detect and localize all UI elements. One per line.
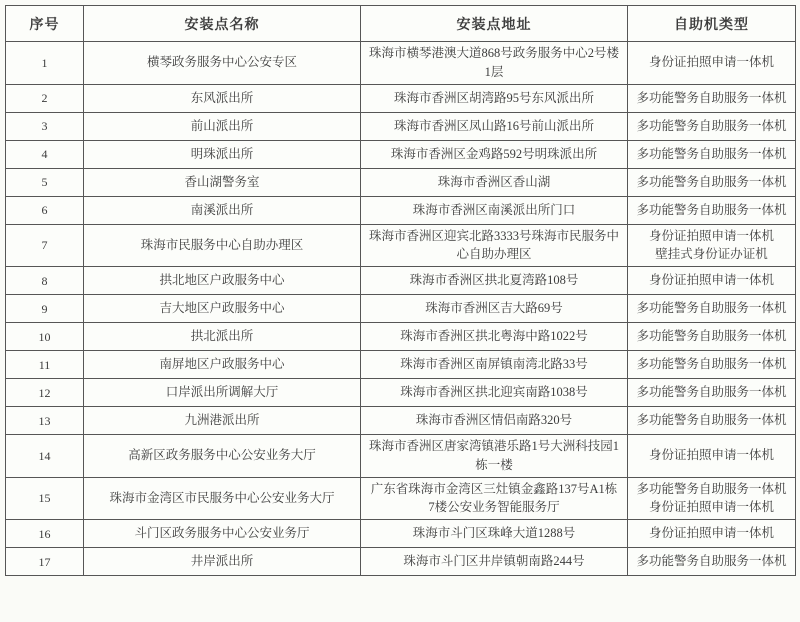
- table-row: 14高新区政务服务中心公安业务大厅珠海市香洲区唐家湾镇港乐路1号大洲科技园1栋一…: [6, 435, 796, 478]
- table-row: 3前山派出所珠海市香洲区凤山路16号前山派出所多功能警务自助服务一体机: [6, 112, 796, 140]
- site-address-cell: 珠海市香洲区情侣南路320号: [361, 407, 628, 435]
- table-row: 1横琴政务服务中心公安专区珠海市横琴港澳大道868号政务服务中心2号楼1层身份证…: [6, 42, 796, 85]
- machine-type-cell: 身份证拍照申请一体机: [628, 42, 796, 85]
- site-address-cell: 珠海市香洲区香山湖: [361, 168, 628, 196]
- row-number-cell: 17: [6, 548, 84, 576]
- machine-type-cell: 多功能警务自助服务一体机: [628, 295, 796, 323]
- table-row: 10拱北派出所珠海市香洲区拱北粤海中路1022号多功能警务自助服务一体机: [6, 323, 796, 351]
- row-number-cell: 5: [6, 168, 84, 196]
- machine-type-cell: 多功能警务自助服务一体机: [628, 548, 796, 576]
- site-address-cell: 珠海市香洲区唐家湾镇港乐路1号大洲科技园1栋一楼: [361, 435, 628, 478]
- machine-type-cell: 多功能警务自助服务一体机 身份证拍照申请一体机: [628, 477, 796, 520]
- machine-type-cell: 多功能警务自助服务一体机: [628, 407, 796, 435]
- table-row: 5香山湖警务室珠海市香洲区香山湖多功能警务自助服务一体机: [6, 168, 796, 196]
- table-row: 11南屏地区户政服务中心珠海市香洲区南屏镇南湾北路33号多功能警务自助服务一体机: [6, 351, 796, 379]
- machine-type-cell: 多功能警务自助服务一体机: [628, 196, 796, 224]
- row-number-cell: 16: [6, 520, 84, 548]
- site-name-cell: 前山派出所: [84, 112, 361, 140]
- site-name-cell: 拱北地区户政服务中心: [84, 267, 361, 295]
- row-number-cell: 1: [6, 42, 84, 85]
- site-name-cell: 吉大地区户政服务中心: [84, 295, 361, 323]
- row-number-cell: 10: [6, 323, 84, 351]
- site-name-cell: 南溪派出所: [84, 196, 361, 224]
- table-row: 12口岸派出所调解大厅珠海市香洲区拱北迎宾南路1038号多功能警务自助服务一体机: [6, 379, 796, 407]
- row-number-cell: 2: [6, 84, 84, 112]
- machine-type-cell: 身份证拍照申请一体机: [628, 435, 796, 478]
- site-name-cell: 香山湖警务室: [84, 168, 361, 196]
- row-number-cell: 3: [6, 112, 84, 140]
- machine-type-cell: 多功能警务自助服务一体机: [628, 112, 796, 140]
- table-row: 4明珠派出所珠海市香洲区金鸡路592号明珠派出所多功能警务自助服务一体机: [6, 140, 796, 168]
- table-container: 序号安装点名称安装点地址自助机类型 1横琴政务服务中心公安专区珠海市横琴港澳大道…: [0, 0, 800, 576]
- column-header-type: 自助机类型: [628, 6, 796, 42]
- site-address-cell: 珠海市香洲区南溪派出所门口: [361, 196, 628, 224]
- site-name-cell: 井岸派出所: [84, 548, 361, 576]
- site-name-cell: 口岸派出所调解大厅: [84, 379, 361, 407]
- site-address-cell: 珠海市香洲区拱北迎宾南路1038号: [361, 379, 628, 407]
- site-address-cell: 珠海市斗门区井岸镇朝南路244号: [361, 548, 628, 576]
- machine-type-cell: 多功能警务自助服务一体机: [628, 84, 796, 112]
- machine-type-cell: 多功能警务自助服务一体机: [628, 351, 796, 379]
- table-header: 序号安装点名称安装点地址自助机类型: [6, 6, 796, 42]
- row-number-cell: 9: [6, 295, 84, 323]
- site-address-cell: 珠海市香洲区拱北粤海中路1022号: [361, 323, 628, 351]
- site-address-cell: 珠海市香洲区凤山路16号前山派出所: [361, 112, 628, 140]
- site-name-cell: 斗门区政务服务中心公安业务厅: [84, 520, 361, 548]
- column-header-address: 安装点地址: [361, 6, 628, 42]
- site-name-cell: 东风派出所: [84, 84, 361, 112]
- machine-type-cell: 多功能警务自助服务一体机: [628, 323, 796, 351]
- column-header-name: 安装点名称: [84, 6, 361, 42]
- row-number-cell: 13: [6, 407, 84, 435]
- site-name-cell: 珠海市民服务中心自助办理区: [84, 224, 361, 267]
- machine-type-cell: 多功能警务自助服务一体机: [628, 379, 796, 407]
- site-address-cell: 珠海市香洲区胡湾路95号东风派出所: [361, 84, 628, 112]
- site-address-cell: 珠海市斗门区珠峰大道1288号: [361, 520, 628, 548]
- table-row: 15珠海市金湾区市民服务中心公安业务大厅广东省珠海市金湾区三灶镇金鑫路137号A…: [6, 477, 796, 520]
- site-address-cell: 珠海市香洲区拱北夏湾路108号: [361, 267, 628, 295]
- table-row: 7珠海市民服务中心自助办理区珠海市香洲区迎宾北路3333号珠海市民服务中心自助办…: [6, 224, 796, 267]
- page: { "colors": { "page_background": "#fafbf…: [0, 0, 800, 622]
- row-number-cell: 14: [6, 435, 84, 478]
- table-body: 1横琴政务服务中心公安专区珠海市横琴港澳大道868号政务服务中心2号楼1层身份证…: [6, 42, 796, 576]
- header-row: 序号安装点名称安装点地址自助机类型: [6, 6, 796, 42]
- table-row: 8拱北地区户政服务中心珠海市香洲区拱北夏湾路108号身份证拍照申请一体机: [6, 267, 796, 295]
- row-number-cell: 4: [6, 140, 84, 168]
- site-name-cell: 九洲港派出所: [84, 407, 361, 435]
- machine-type-cell: 身份证拍照申请一体机: [628, 267, 796, 295]
- site-name-cell: 明珠派出所: [84, 140, 361, 168]
- site-address-cell: 珠海市香洲区吉大路69号: [361, 295, 628, 323]
- site-name-cell: 珠海市金湾区市民服务中心公安业务大厅: [84, 477, 361, 520]
- site-address-cell: 珠海市香洲区南屏镇南湾北路33号: [361, 351, 628, 379]
- row-number-cell: 7: [6, 224, 84, 267]
- row-number-cell: 8: [6, 267, 84, 295]
- site-name-cell: 拱北派出所: [84, 323, 361, 351]
- row-number-cell: 11: [6, 351, 84, 379]
- machine-type-cell: 身份证拍照申请一体机 壁挂式身份证办证机: [628, 224, 796, 267]
- row-number-cell: 12: [6, 379, 84, 407]
- site-address-cell: 珠海市香洲区金鸡路592号明珠派出所: [361, 140, 628, 168]
- row-number-cell: 15: [6, 477, 84, 520]
- table-row: 9吉大地区户政服务中心珠海市香洲区吉大路69号多功能警务自助服务一体机: [6, 295, 796, 323]
- table-row: 2东风派出所珠海市香洲区胡湾路95号东风派出所多功能警务自助服务一体机: [6, 84, 796, 112]
- installation-points-table: 序号安装点名称安装点地址自助机类型 1横琴政务服务中心公安专区珠海市横琴港澳大道…: [5, 5, 796, 576]
- row-number-cell: 6: [6, 196, 84, 224]
- site-address-cell: 珠海市横琴港澳大道868号政务服务中心2号楼1层: [361, 42, 628, 85]
- column-header-no: 序号: [6, 6, 84, 42]
- site-address-cell: 广东省珠海市金湾区三灶镇金鑫路137号A1栋7楼公安业务智能服务厅: [361, 477, 628, 520]
- machine-type-cell: 身份证拍照申请一体机: [628, 520, 796, 548]
- table-row: 6南溪派出所珠海市香洲区南溪派出所门口多功能警务自助服务一体机: [6, 196, 796, 224]
- table-row: 17井岸派出所珠海市斗门区井岸镇朝南路244号多功能警务自助服务一体机: [6, 548, 796, 576]
- table-row: 16斗门区政务服务中心公安业务厅珠海市斗门区珠峰大道1288号身份证拍照申请一体…: [6, 520, 796, 548]
- machine-type-cell: 多功能警务自助服务一体机: [628, 140, 796, 168]
- site-address-cell: 珠海市香洲区迎宾北路3333号珠海市民服务中心自助办理区: [361, 224, 628, 267]
- machine-type-cell: 多功能警务自助服务一体机: [628, 168, 796, 196]
- site-name-cell: 横琴政务服务中心公安专区: [84, 42, 361, 85]
- site-name-cell: 南屏地区户政服务中心: [84, 351, 361, 379]
- site-name-cell: 高新区政务服务中心公安业务大厅: [84, 435, 361, 478]
- table-row: 13九洲港派出所珠海市香洲区情侣南路320号多功能警务自助服务一体机: [6, 407, 796, 435]
